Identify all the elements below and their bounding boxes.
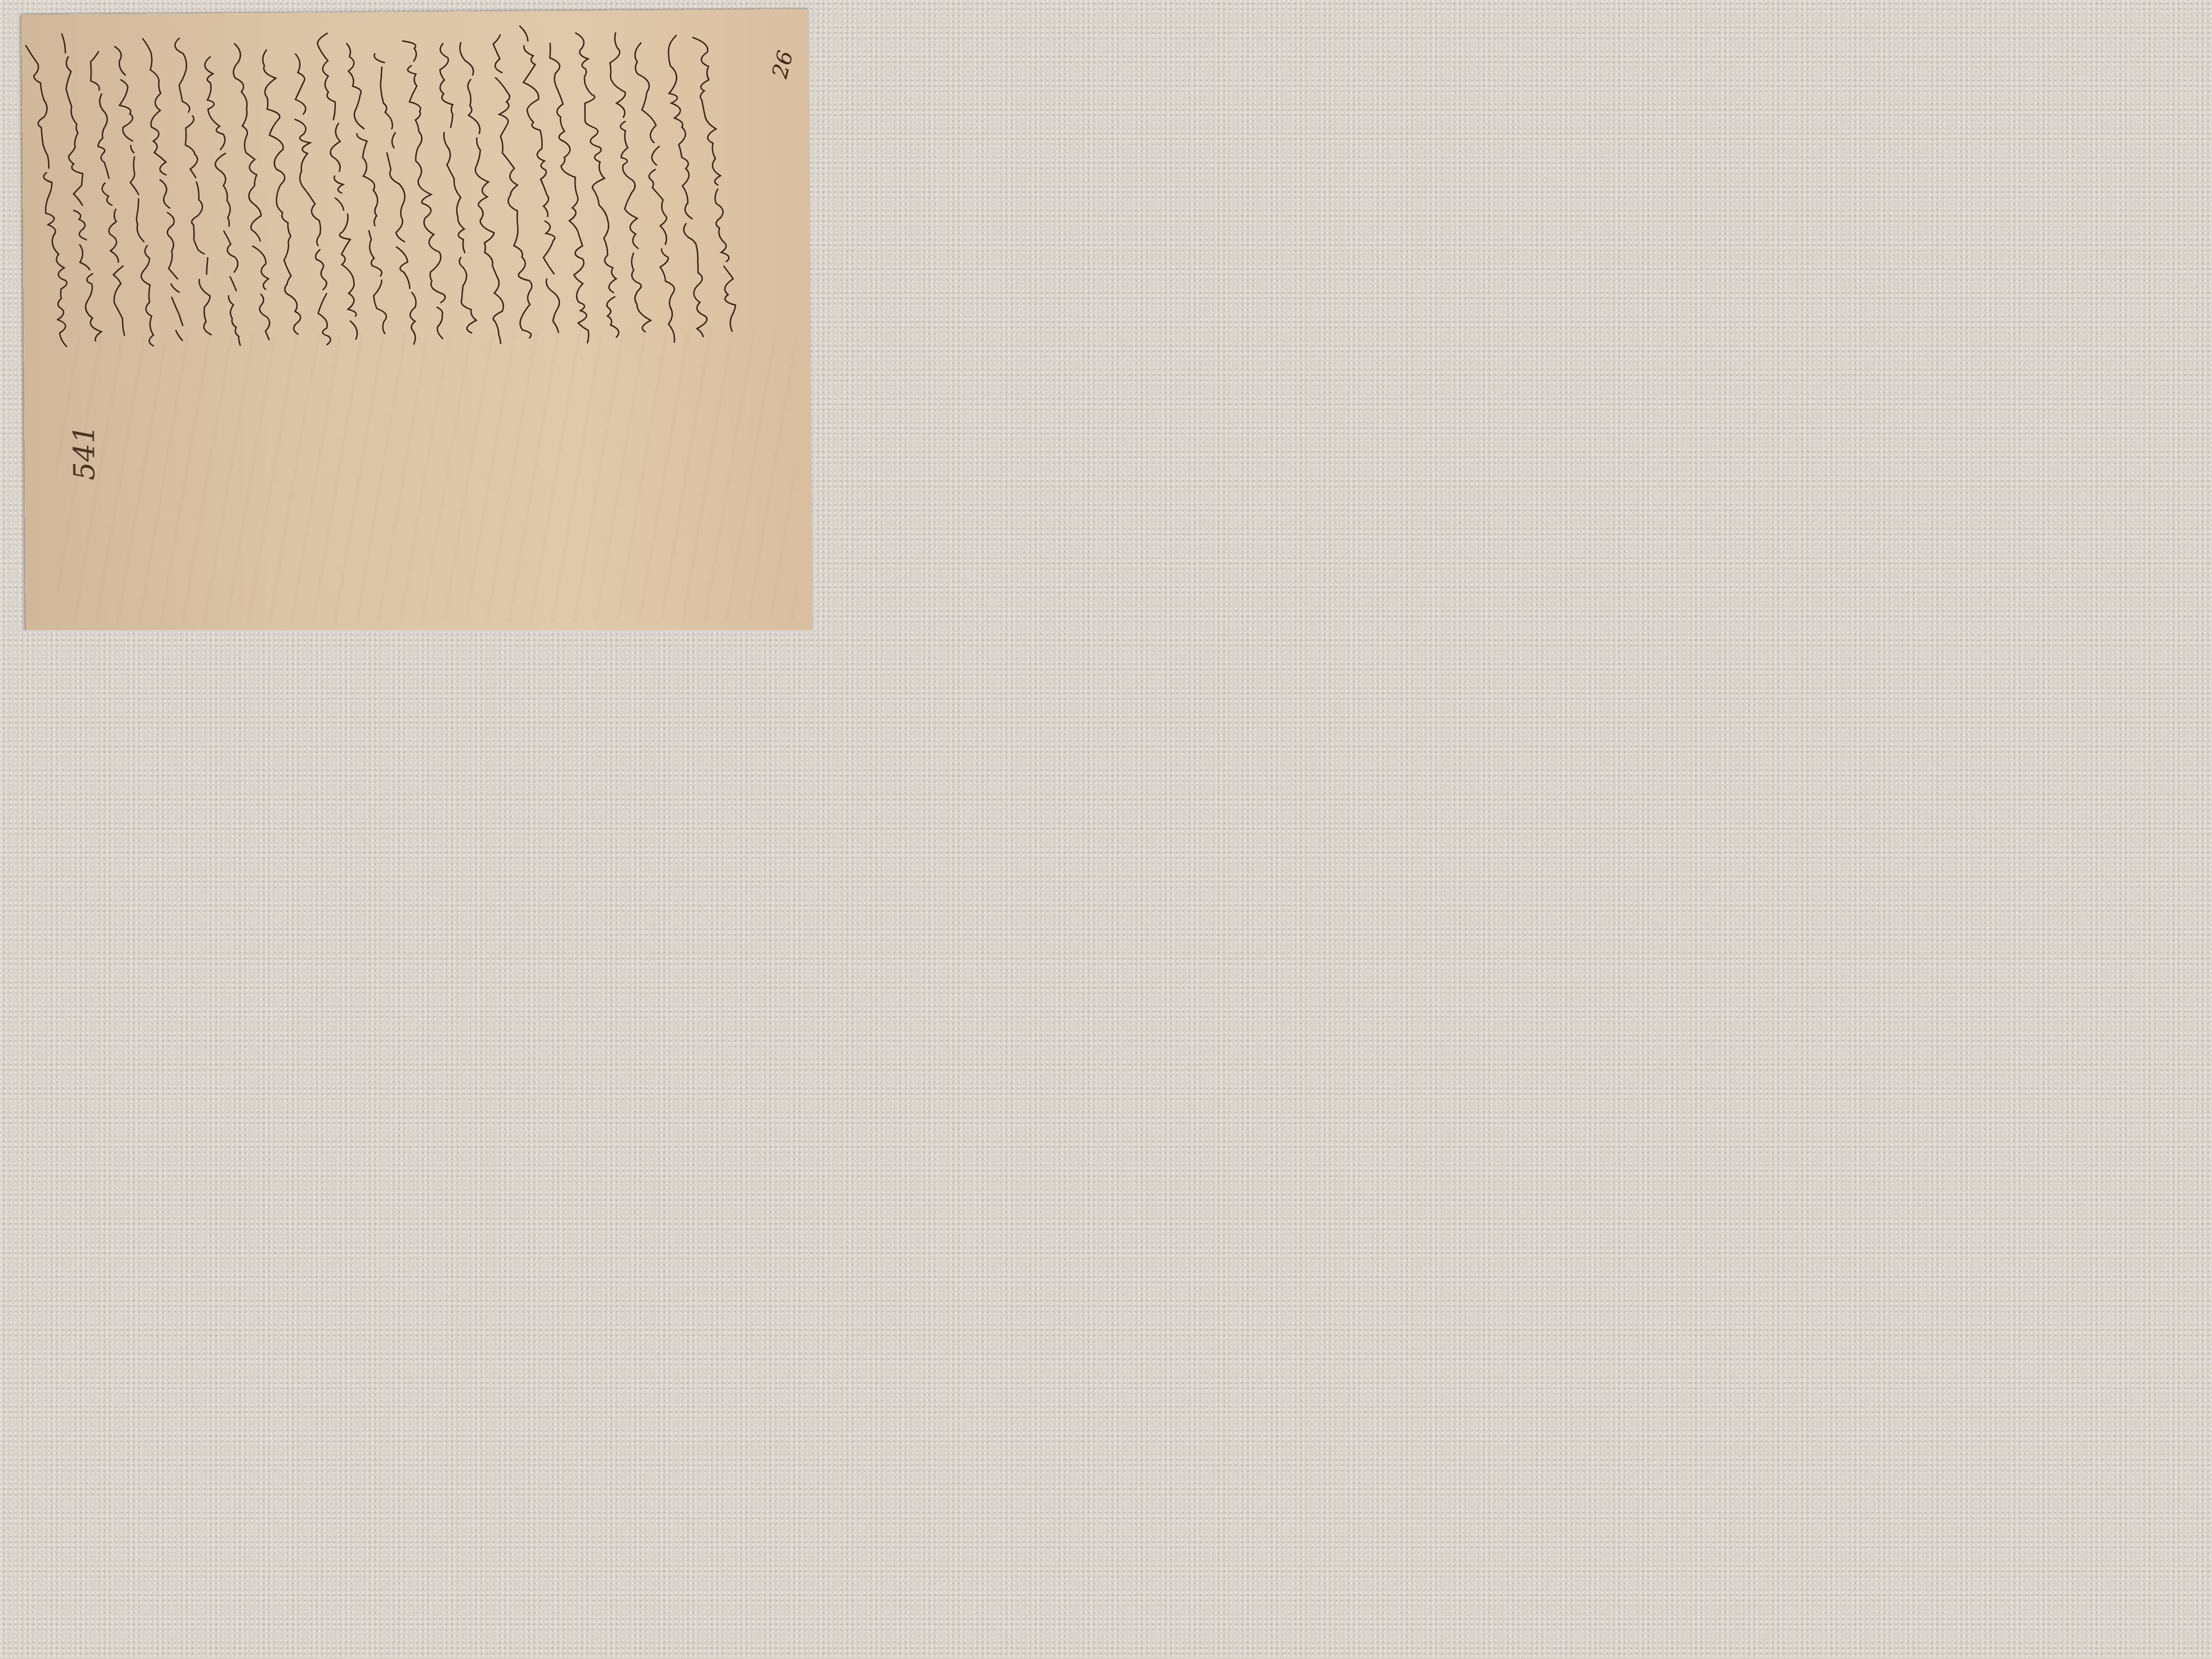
shorthand-line <box>113 46 160 347</box>
shorthand-line <box>459 41 507 345</box>
shorthand-line <box>316 33 363 340</box>
shorthand-line <box>575 32 623 338</box>
shorthand-text-lines <box>21 9 812 630</box>
shorthand-line <box>432 43 479 334</box>
shorthand-line <box>345 42 392 334</box>
shorthand-line <box>374 53 421 345</box>
shorthand-line <box>662 35 710 338</box>
shorthand-line <box>693 36 739 332</box>
shorthand-line <box>402 40 450 339</box>
shorthand-line <box>230 43 275 340</box>
shorthand-line <box>258 49 305 335</box>
shorthand-line <box>86 51 131 336</box>
manuscript-page: 541 26 <box>21 9 812 630</box>
